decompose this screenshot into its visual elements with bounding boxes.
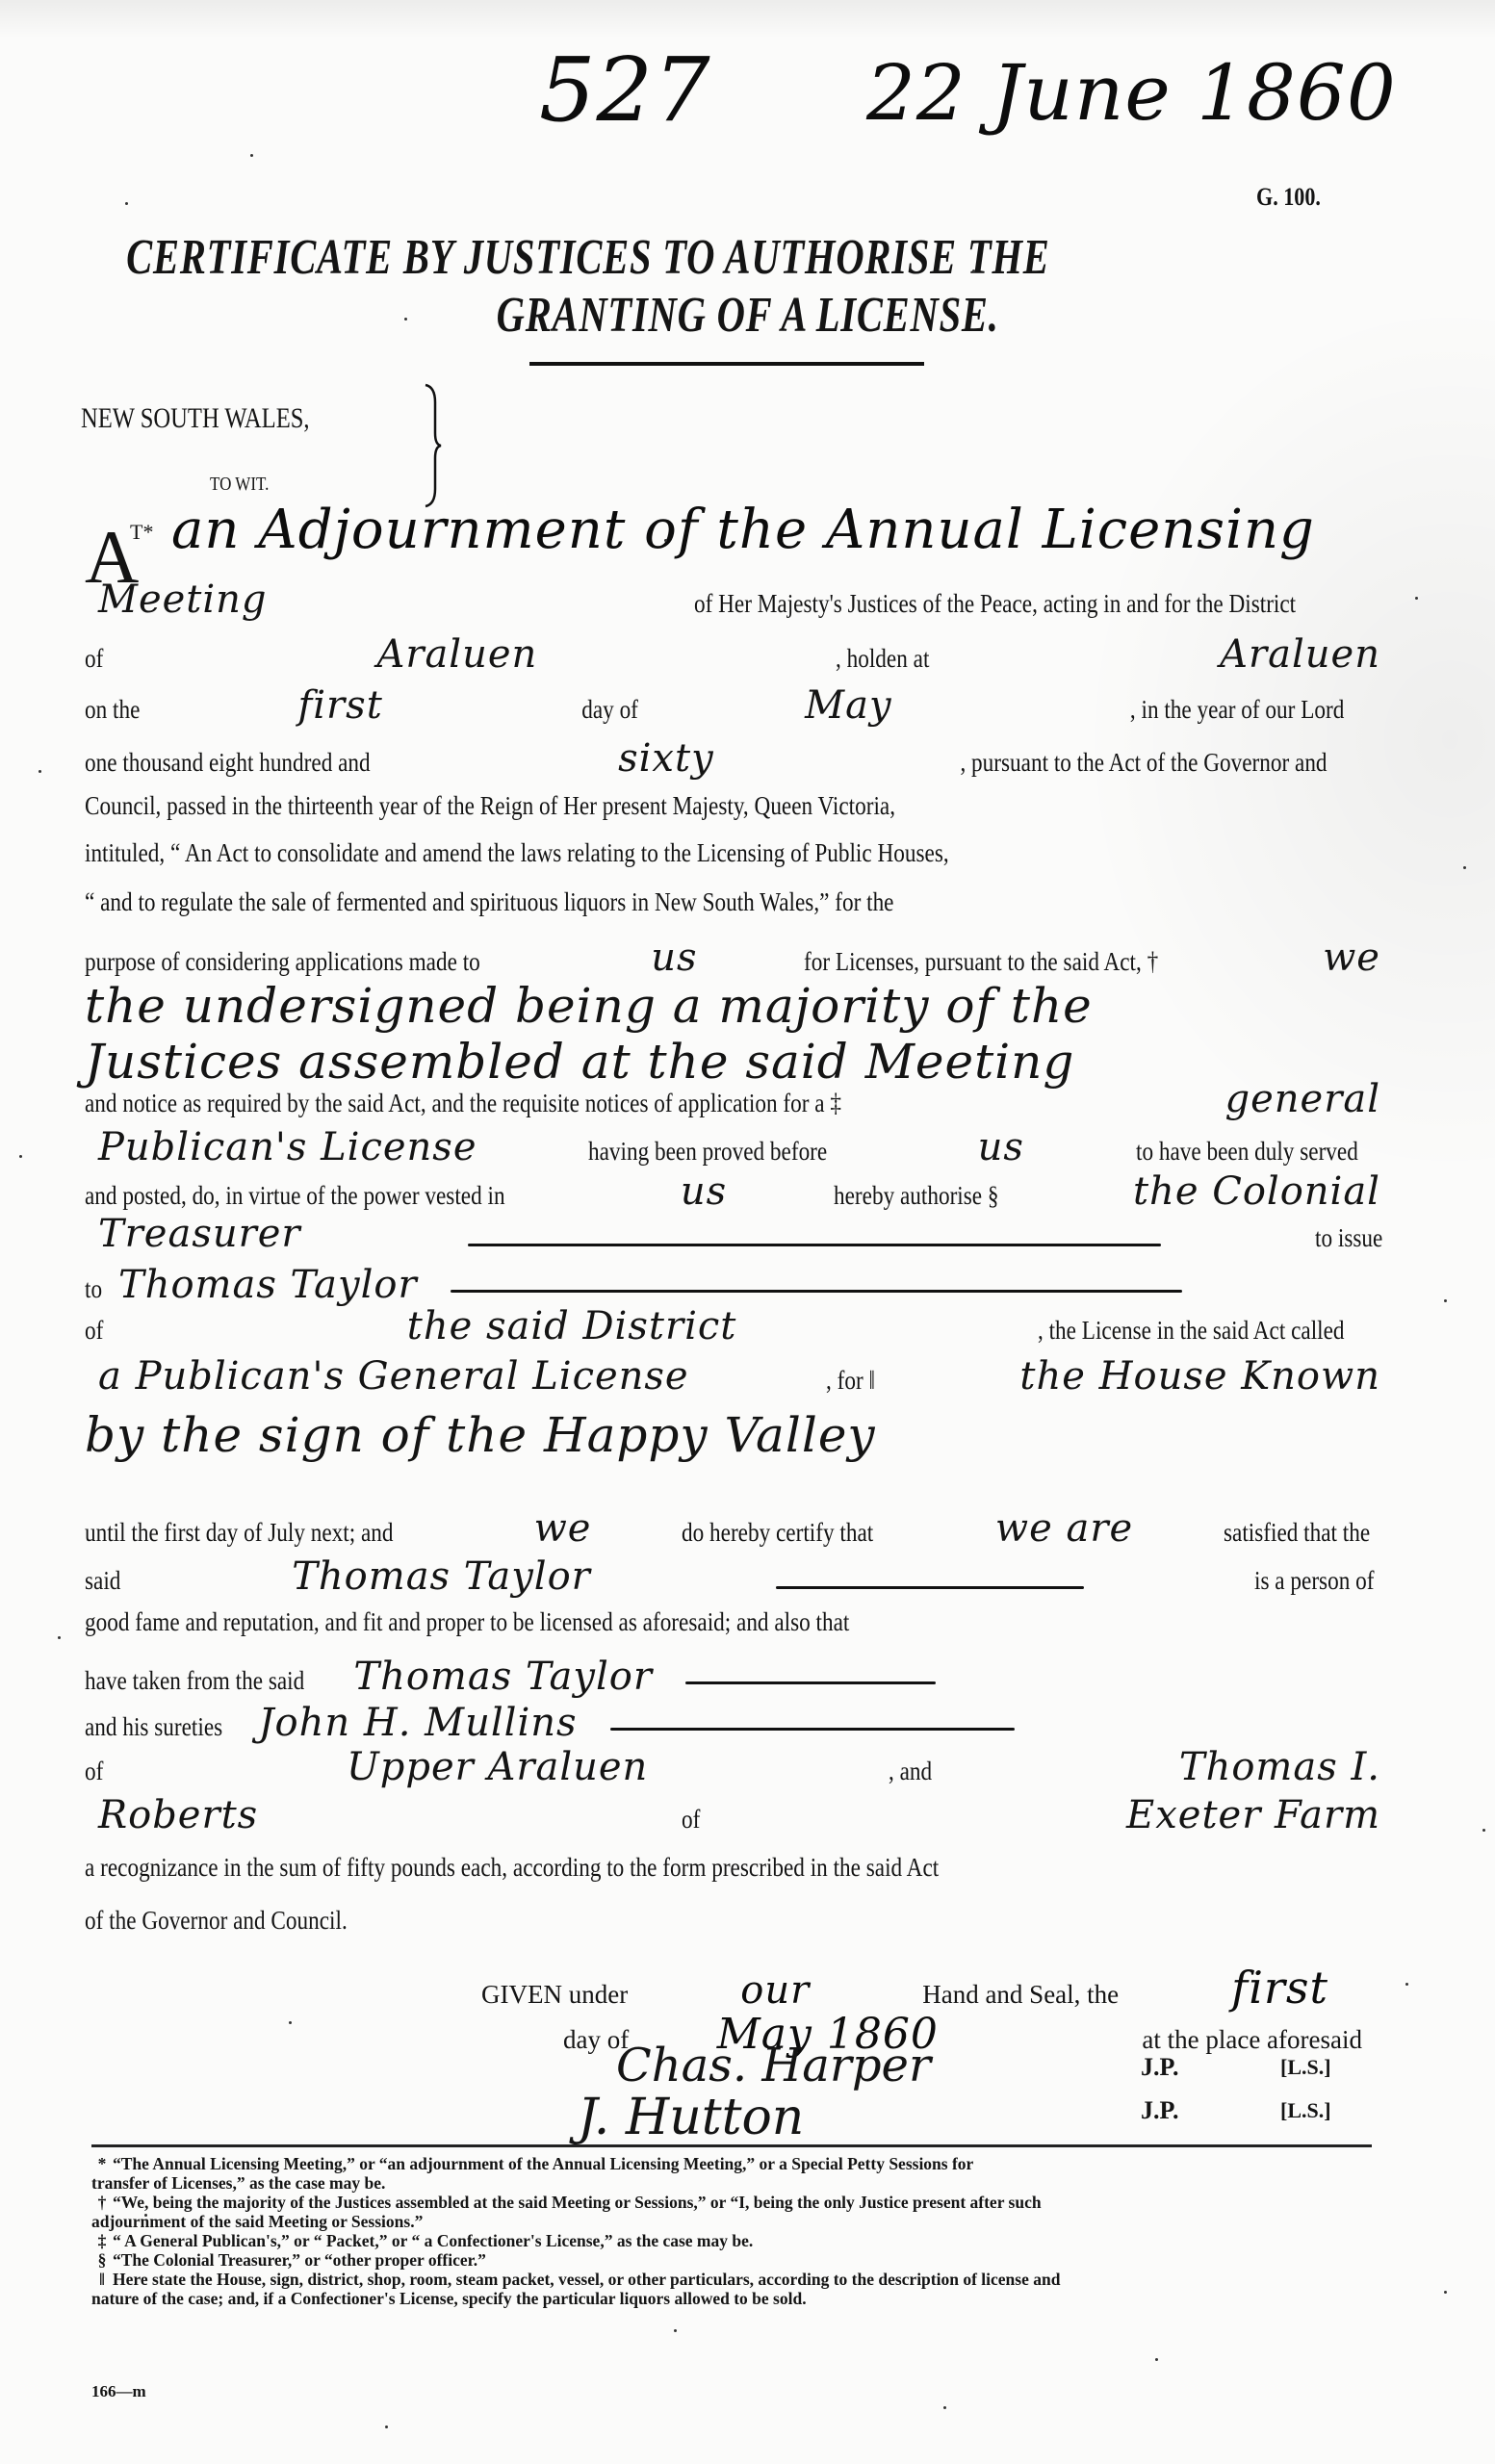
- body-line-10: the undersigned being a majority of the: [85, 982, 1394, 1031]
- handwritten-entry: we: [521, 1509, 606, 1548]
- handwritten-entry: Thomas Taylor: [105, 1263, 431, 1307]
- printed-text: for Licenses, pursuant to the said Act, …: [804, 949, 1158, 975]
- body-line-17: ofthe said District, the License in the …: [85, 1307, 1394, 1346]
- filler-line: [776, 1586, 1084, 1589]
- title-divider: [529, 362, 924, 366]
- printed-text: , the License in the said Act called: [1038, 1318, 1345, 1344]
- printed-text: purpose of considering applications made…: [85, 949, 480, 975]
- handwritten-entry: the undersigned being a majority of the: [85, 978, 1093, 1034]
- body-line-15: Treasurerto issue: [85, 1215, 1394, 1253]
- drop-cap-note: T*: [130, 520, 153, 545]
- handwritten-entry: sixty: [605, 739, 728, 778]
- brace-icon: [422, 383, 443, 508]
- given-pronoun: our: [740, 1968, 810, 2013]
- printed-text: , pursuant to the Act of the Governor an…: [915, 750, 1327, 776]
- handwritten-entry: a Publican's General License: [85, 1357, 703, 1396]
- handwritten-entry: an Adjournment of the Annual Licensing: [171, 499, 1315, 561]
- document-title-line-2: GRANTING OF A LICENSE.: [0, 287, 1495, 344]
- body-line-27: a recognizance in the sum of fifty pound…: [85, 1855, 1394, 1881]
- body-line-14: and posted, do, in virtue of the power v…: [85, 1172, 1394, 1211]
- scan-speck: [289, 2021, 292, 2024]
- scan-speck: [39, 770, 41, 773]
- printed-text: and his sureties: [85, 1714, 222, 1740]
- handwritten-entry: May: [791, 686, 905, 725]
- printed-text: , in the year of our Lord: [1041, 697, 1344, 723]
- handwritten-entry: Thomas Taylor: [278, 1557, 605, 1596]
- footnote-text: “The Annual Licensing Meeting,” or “an a…: [113, 2154, 1401, 2173]
- scan-speck: [1463, 866, 1466, 869]
- handwritten-entry: Thomas Taylor: [340, 1655, 666, 1699]
- handwritten-entry: Exeter Farm: [1113, 1796, 1394, 1835]
- printed-text: one thousand eight hundred and: [85, 750, 371, 776]
- scan-speck: [58, 1636, 61, 1639]
- scan-speck: [1482, 1829, 1485, 1832]
- footnote: †“We, being the majority of the Justices…: [91, 2193, 1401, 2212]
- body-line-16: toThomas Taylor: [85, 1266, 1394, 1304]
- footnote-text: Here state the House, sign, district, sh…: [113, 2270, 1401, 2289]
- handwritten-entry: the said District: [394, 1307, 751, 1346]
- scan-speck: [664, 539, 667, 542]
- justice-signature-2: J. Hutton: [578, 2089, 804, 2146]
- handwritten-entry: Meeting: [85, 580, 281, 619]
- footnotes: *“The Annual Licensing Meeting,” or “an …: [91, 2154, 1401, 2308]
- printed-text: satisfied that the: [1224, 1520, 1370, 1546]
- printed-text: and notice as required by the said Act, …: [85, 1091, 841, 1116]
- justice-title-1: J.P.: [1141, 2053, 1179, 2082]
- printed-text: to issue: [1315, 1225, 1382, 1251]
- scan-speck: [1405, 1983, 1408, 1986]
- footnote-divider: [91, 2144, 1372, 2147]
- printed-text: is a person of: [1254, 1568, 1374, 1594]
- filler-line: [685, 1681, 936, 1684]
- scan-speck: [250, 154, 253, 157]
- handwritten-entry: Araluen: [1206, 635, 1394, 674]
- filler-line: [610, 1728, 1015, 1731]
- printed-text: day of: [531, 697, 638, 723]
- footnote: ‡“ A General Publican's,” or “ Packet,” …: [91, 2231, 1401, 2250]
- printed-text: of: [682, 1807, 700, 1833]
- body-line-4: on thefirst day ofMay , in the year of o…: [85, 686, 1394, 725]
- body-line-13: Publican's Licensehaving been proved bef…: [85, 1128, 1394, 1167]
- scan-speck: [404, 318, 407, 321]
- given-prefix: GIVEN under: [481, 1980, 628, 2010]
- footnote: *“The Annual Licensing Meeting,” or “an …: [91, 2154, 1401, 2173]
- body-line-28: of the Governor and Council.: [85, 1908, 1394, 1934]
- handwritten-entry: we are: [982, 1509, 1147, 1548]
- venue-state: NEW SOUTH WALES,: [81, 402, 310, 435]
- handwritten-entry: first: [284, 686, 396, 725]
- scan-speck: [674, 2329, 677, 2332]
- printed-text: of the Governor and Council.: [85, 1908, 348, 1934]
- form-number: G. 100.: [1256, 183, 1321, 212]
- footnote-text: “ A General Publican's,” or “ Packet,” o…: [113, 2231, 1401, 2250]
- scan-speck: [972, 269, 975, 272]
- footnote-continuation: transfer of Licenses,” as the case may b…: [91, 2173, 1401, 2193]
- handwritten-entry: us: [965, 1128, 1038, 1167]
- handwritten-entry: Araluen: [363, 635, 551, 674]
- printed-text: , holden at: [808, 646, 929, 672]
- printed-text: , and: [889, 1758, 932, 1784]
- handwritten-entry: John H. Mullins: [245, 1701, 590, 1745]
- footnote: §“The Colonial Treasurer,” or “other pro…: [91, 2250, 1401, 2270]
- printed-text: good fame and reputation, and fit and pr…: [85, 1609, 849, 1635]
- justice-signature-1: Chas. Harper: [616, 2039, 931, 2092]
- handwritten-entry: by the sign of the Happy Valley: [85, 1407, 876, 1463]
- print-code: 166—m: [91, 2382, 146, 2401]
- document-title-line-2-text: GRANTING OF A LICENSE.: [496, 287, 998, 344]
- body-line-25: ofUpper Araluen, andThomas I.: [85, 1748, 1394, 1786]
- justice-title-2: J.P.: [1141, 2096, 1179, 2125]
- given-middle: Hand and Seal, the: [922, 1980, 1119, 2010]
- printed-text: a recognizance in the sum of fifty pound…: [85, 1855, 939, 1881]
- body-line-26: RobertsofExeter Farm: [85, 1796, 1394, 1835]
- footnote-mark: †: [91, 2193, 113, 2212]
- printed-text: hereby authorise §: [834, 1183, 999, 1209]
- printed-text: of: [85, 1318, 103, 1344]
- printed-text: have taken from the said: [85, 1668, 304, 1694]
- body-line-23: have taken from the saidThomas Taylor: [85, 1657, 1394, 1696]
- printed-text: of: [85, 1758, 103, 1784]
- body-line-5: one thousand eight hundred andsixty , pu…: [85, 739, 1394, 778]
- footnote-mark: ‖: [91, 2270, 113, 2289]
- document-title-line-1: CERTIFICATE BY JUSTICES TO AUTHORISE THE: [96, 229, 1080, 286]
- body-line-8: “ and to regulate the sale of fermented …: [85, 889, 1394, 915]
- body-line-2: Meetingof Her Majesty's Justices of the …: [85, 580, 1394, 619]
- venue-to-wit: TO WIT.: [210, 474, 269, 496]
- body-line-1: an Adjournment of the Annual Licensing: [171, 499, 1315, 561]
- scan-speck: [1415, 597, 1418, 600]
- handwritten-reference-number: 527: [539, 38, 711, 141]
- printed-text: to have been duly served: [1136, 1139, 1358, 1165]
- handwritten-entry: Publican's License: [85, 1128, 491, 1167]
- printed-text: and posted, do, in virtue of the power v…: [85, 1183, 505, 1209]
- handwritten-entry: us: [667, 1172, 740, 1211]
- printed-text: of Her Majesty's Justices of the Peace, …: [694, 591, 1296, 617]
- printed-text: said: [85, 1568, 120, 1594]
- scan-speck: [385, 2425, 388, 2428]
- scan-speck: [125, 202, 128, 205]
- printed-text: until the first day of July next; and: [85, 1520, 394, 1546]
- handwritten-entry: the House Known: [1006, 1357, 1394, 1396]
- body-line-6: Council, passed in the thirteenth year o…: [85, 793, 1394, 819]
- scan-speck: [1444, 2291, 1447, 2294]
- seal-mark-2: [L.S.]: [1280, 2098, 1331, 2123]
- body-line-20: until the first day of July next; andwed…: [85, 1509, 1394, 1548]
- handwritten-entry: general: [1212, 1080, 1394, 1118]
- dayof-suffix: at the place aforesaid: [1142, 2025, 1362, 2055]
- seal-mark-1: [L.S.]: [1280, 2055, 1331, 2080]
- printed-text: having been proved before: [588, 1139, 827, 1165]
- scan-speck: [1155, 2358, 1158, 2361]
- footnote-mark: §: [91, 2250, 113, 2270]
- footnote-continuation: adjournment of the said Meeting or Sessi…: [91, 2212, 1401, 2231]
- given-day: first: [1231, 1962, 1328, 2014]
- footnote-mark: ‡: [91, 2231, 113, 2250]
- printed-text: Council, passed in the thirteenth year o…: [85, 793, 895, 819]
- footnote: ‖Here state the House, sign, district, s…: [91, 2270, 1401, 2289]
- footnote-text: “We, being the majority of the Justices …: [113, 2193, 1401, 2212]
- body-line-7: intituled, “ An Act to consolidate and a…: [85, 840, 1394, 866]
- footnote-continuation: nature of the case; and, if a Confection…: [91, 2289, 1401, 2308]
- scan-speck: [1444, 1299, 1447, 1302]
- printed-text: on the: [85, 697, 140, 723]
- body-line-22: good fame and reputation, and fit and pr…: [85, 1609, 1394, 1635]
- attestation-given-line: GIVEN under our Hand and Seal, the first: [481, 1962, 1328, 2014]
- printed-text: , for ‖: [826, 1368, 875, 1394]
- handwritten-entry: Upper Araluen: [333, 1748, 661, 1786]
- handwritten-entry: the Colonial: [1120, 1172, 1394, 1211]
- scan-speck: [144, 2214, 147, 2217]
- body-line-3: ofAraluen , holden atAraluen: [85, 635, 1394, 674]
- scan-speck: [943, 2406, 946, 2409]
- scan-speck: [19, 1155, 22, 1158]
- footnote-mark: *: [91, 2154, 113, 2173]
- handwritten-received-date: 22 June 1860: [866, 48, 1397, 138]
- body-line-18: a Publican's General License, for ‖the H…: [85, 1357, 1394, 1396]
- body-line-9: purpose of considering applications made…: [85, 938, 1394, 977]
- printed-text: to: [85, 1276, 102, 1302]
- handwritten-entry: we: [1309, 938, 1394, 977]
- body-line-19: by the sign of the Happy Valley: [85, 1411, 1394, 1460]
- body-line-12: and notice as required by the said Act, …: [85, 1080, 1394, 1118]
- footnote-text: “The Colonial Treasurer,” or “other prop…: [113, 2250, 1401, 2270]
- handwritten-entry: Thomas I.: [1166, 1748, 1394, 1786]
- printed-text: “ and to regulate the sale of fermented …: [85, 889, 894, 915]
- handwritten-entry: Roberts: [85, 1796, 271, 1835]
- printed-text: intituled, “ An Act to consolidate and a…: [85, 840, 949, 866]
- handwritten-entry: Treasurer: [85, 1215, 315, 1253]
- handwritten-entry: us: [637, 938, 710, 977]
- filler-line: [451, 1290, 1182, 1293]
- body-line-24: and his suretiesJohn H. Mullins: [85, 1704, 1394, 1742]
- printed-text: of: [85, 646, 103, 672]
- printed-text: do hereby certify that: [682, 1520, 873, 1546]
- filler-line: [468, 1244, 1161, 1246]
- body-line-21: saidThomas Tayloris a person of: [85, 1557, 1394, 1596]
